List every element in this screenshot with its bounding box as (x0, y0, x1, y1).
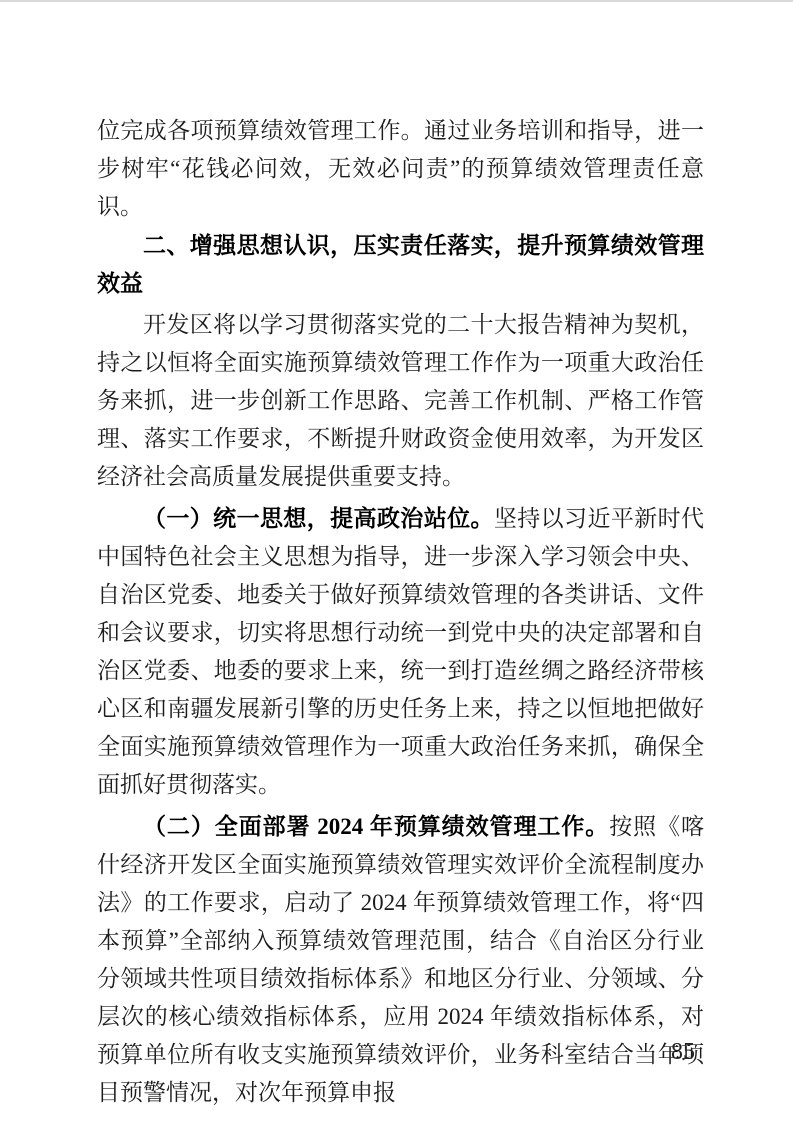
subsection-1-heading: （一）统一思想，提高政治站位。 (143, 506, 494, 531)
paragraph-text: 位完成各项预算绩效管理工作。通过业务培训和指导，进一步树牢“花钱必问效，无效必问… (97, 118, 704, 219)
section-heading: 二、增强思想认识，压实责任落实，提升预算绩效管理效益 (97, 226, 704, 302)
paragraph-subsection-2: （二）全面部署 2024 年预算绩效管理工作。按照《喀什经济开发区全面实施预算绩… (97, 808, 704, 1112)
scan-edge (0, 0, 793, 2)
paragraph-text: 开发区将以学习贯彻落实党的二十大报告精神为契机，持之以恒将全面实施预算绩效管理工… (97, 312, 704, 489)
subsection-2-heading: （二）全面部署 2024 年预算绩效管理工作。 (143, 814, 609, 839)
page-number: 85 (671, 1038, 695, 1066)
document-body: 位完成各项预算绩效管理工作。通过业务培训和指导，进一步树牢“花钱必问效，无效必问… (97, 112, 704, 1112)
paragraph-continuation: 位完成各项预算绩效管理工作。通过业务培训和指导，进一步树牢“花钱必问效，无效必问… (97, 112, 704, 226)
document-page: 位完成各项预算绩效管理工作。通过业务培训和指导，进一步树牢“花钱必问效，无效必问… (0, 0, 793, 1122)
paragraph-subsection-1: （一）统一思想，提高政治站位。坚持以习近平新时代中国特色社会主义思想为指导，进一… (97, 500, 704, 804)
paragraph-text: 按照《喀什经济开发区全面实施预算绩效管理实效评价全流程制度办法》的工作要求，启动… (97, 814, 704, 1105)
paragraph-intro: 开发区将以学习贯彻落实党的二十大报告精神为契机，持之以恒将全面实施预算绩效管理工… (97, 306, 704, 496)
paragraph-text: 坚持以习近平新时代中国特色社会主义思想为指导，进一步深入学习领会中央、自治区党委… (97, 506, 704, 797)
